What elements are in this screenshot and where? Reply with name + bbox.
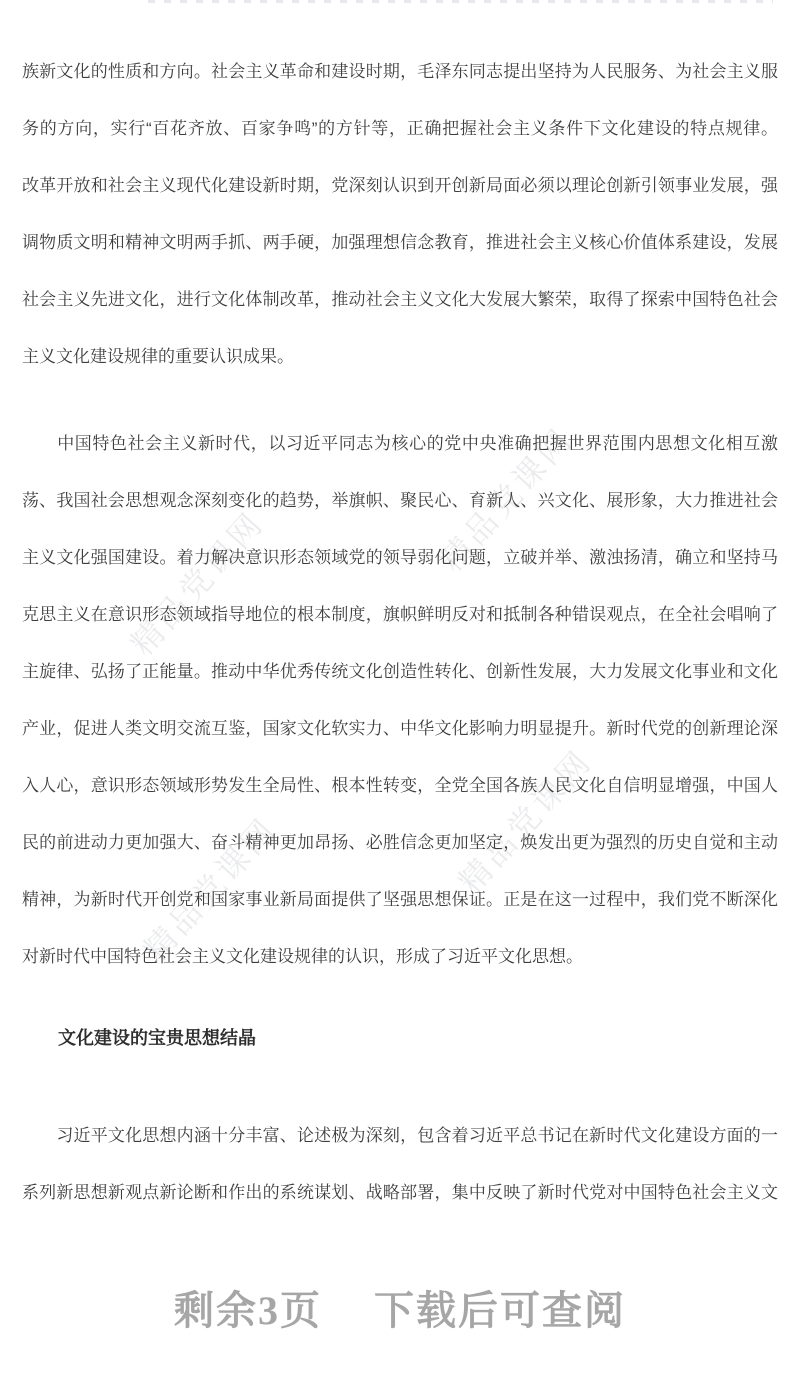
text-line: 主义文化建设规律的重要认识成果。 [22, 328, 778, 385]
text-line: 族新文化的性质和方向。社会主义革命和建设时期，毛泽东同志提出坚持为人民服务、为社… [22, 43, 778, 100]
text-line: 社会主义先进文化，进行文化体制改革，推动社会主义文化大发展大繁荣，取得了探索中国… [22, 271, 778, 328]
download-to-view-label: 下载后可查阅 [374, 1288, 626, 1333]
text-line: 改革开放和社会主义现代化建设新时期，党深刻认识到开创新局面必须以理论创新引领事业… [22, 157, 778, 214]
text-line: 调物质文明和精神文明两手抓、两手硬，加强理想信念教育，推进社会主义核心价值体系建… [22, 214, 778, 271]
text-line: 产业，促进人类文明交流互鉴，国家文化软实力、中华文化影响力明显提升。新时代党的创… [22, 700, 778, 757]
text-line: 精神，为新时代开创党和国家事业新局面提供了坚强思想保证。正是在这一过程中，我们党… [22, 871, 778, 928]
text-line: 克思主义在意识形态领域指导地位的根本制度，旗帜鲜明反对和抵制各种错误观点，在全社… [22, 586, 778, 643]
text-line: 民的前进动力更加强大、奋斗精神更加昂扬、必胜信念更加坚定，焕发出更为强烈的历史自… [22, 814, 778, 871]
text-line: 务的方向，实行“百花齐放、百家争鸣”的方针等，正确把握社会主义条件下文化建设的特… [22, 100, 778, 157]
text-line: 对新时代中国特色社会主义文化建设规律的认识，形成了习近平文化思想。 [22, 928, 778, 985]
text-line: 中国特色社会主义新时代，以习近平同志为核心的党中央准确把握世界范围内思想文化相互… [22, 415, 778, 472]
text-line: 习近平文化思想内涵十分丰富、论述极为深刻，包含着习近平总书记在新时代文化建设方面… [22, 1107, 778, 1164]
text-line: 入人心，意识形态领域形势发生全局性、根本性转变，全党全国各族人民文化自信明显增强… [22, 757, 778, 814]
remaining-pages-banner: 剩余3页下载后可查阅 [0, 1282, 800, 1339]
text-line: 主旋律、弘扬了正能量。推动中华优秀传统文化创造性转化、创新性发展，大力发展文化事… [22, 643, 778, 700]
previous-line-cutoff [148, 0, 773, 3]
section-heading: 文化建设的宝贵思想结晶 [22, 1010, 778, 1067]
paragraph-1: 族新文化的性质和方向。社会主义革命和建设时期，毛泽东同志提出坚持为人民服务、为社… [22, 43, 778, 385]
text-line: 系列新思想新观点新论断和作出的系统谋划、战略部署，集中反映了新时代党对中国特色社… [22, 1164, 778, 1221]
remaining-pages-label: 剩余3页 [174, 1288, 322, 1333]
document-page: 精品党课网 精品党课网 精品党课网 精品党课网 族新文化的性质和方向。社会主义革… [0, 0, 800, 1392]
paragraph-3: 习近平文化思想内涵十分丰富、论述极为深刻，包含着习近平总书记在新时代文化建设方面… [22, 1107, 778, 1221]
paragraph-2: 中国特色社会主义新时代，以习近平同志为核心的党中央准确把握世界范围内思想文化相互… [22, 415, 778, 985]
text-line: 主义文化强国建设。着力解决意识形态领域党的领导弱化问题，立破并举、激浊扬清，确立… [22, 529, 778, 586]
text-line: 荡、我国社会思想观念深刻变化的趋势，举旗帜、聚民心、育新人、兴文化、展形象，大力… [22, 472, 778, 529]
